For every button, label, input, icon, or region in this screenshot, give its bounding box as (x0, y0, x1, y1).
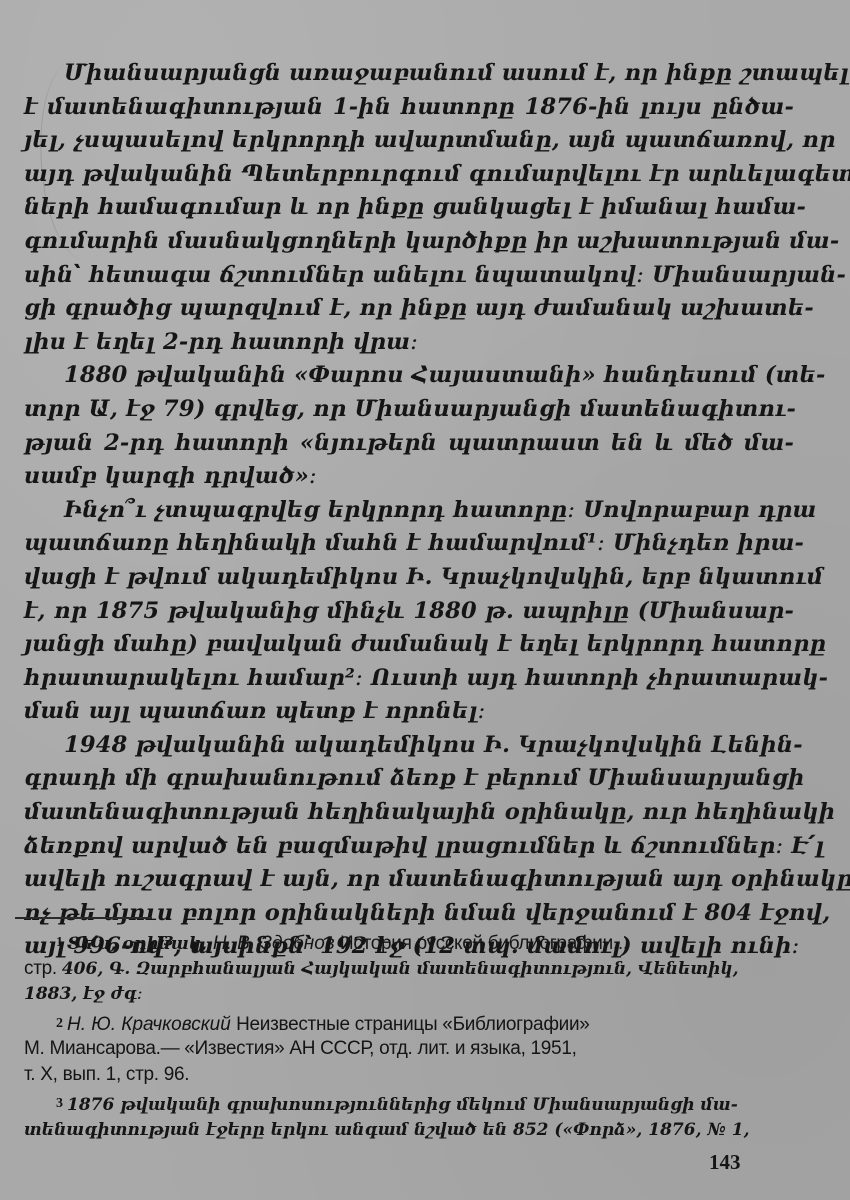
footnote-text: 1876 թվականի գրախոսություններից մեկում Մ… (67, 1095, 738, 1115)
main-body-text: Միանսարյանցն առաջաբանում ասում է, որ ինք… (24, 57, 794, 964)
body-line: պատճառը հեղինակի մահն է համարվում¹։ Մինչ… (24, 527, 794, 561)
footnote-3-line: տենագիտության էջերը երկու անգամ նշված են… (24, 1117, 776, 1143)
footnote-1-line: стр. 406, Գ. Զարբհանալյան Հայկական մատեն… (24, 956, 776, 982)
footnote-2-line: 2Н. Ю. Крачковский Неизвестные страницы … (24, 1011, 776, 1037)
body-line: 1880 թվականին «Փարոս Հայաստանի» հանդեսու… (24, 359, 794, 393)
footnote-number: 3 (56, 1096, 63, 1111)
footnote-2-line: т. X, вып. 1, стр. 96. (24, 1062, 776, 1088)
body-line: տրր Ա, էջ 79) գրվեց, որ Միանսարյանցի մատ… (24, 393, 794, 427)
footnote-2-line: М. Миансарова.— «Известия» АН СССР, отд.… (24, 1036, 776, 1062)
body-line: է մատենագիտության 1-ին հատորը 1876-ին լո… (24, 91, 794, 125)
footnote-text: Н. В. Здобнов (213, 933, 340, 954)
footnote-text: Неизвестные страницы «Библиографии» (236, 1014, 589, 1035)
body-line: ցի գրածից պարզվում է, որ ինքը այդ ժամանա… (24, 292, 794, 326)
body-line: ձեռքով արված են բազմաթիվ լրացումներ և ճշ… (24, 830, 794, 864)
body-line: 1948 թվականին ակադեմիկոս Ի. Կրաչկովսկին … (24, 729, 794, 763)
body-line: գրադի մի գրախանութում ձեռք է բերում Միան… (24, 762, 794, 796)
book-page: Միանսարյանցն առաջաբանում ասում է, որ ինք… (0, 0, 850, 1200)
footnote-text: 1883, էջ ժգ։ (24, 984, 143, 1004)
footnote-number: 1 (56, 935, 63, 950)
body-line: գումարին մասնակցողների կարծիքը իր աշխատո… (24, 225, 794, 259)
footnote-divider (15, 917, 152, 919)
body-line: ոչ թե մյուս բոլոր օրինակների նման վերջան… (24, 897, 794, 931)
footnotes: 1Տե՛ս, օրինակ, Н. В. Здобнов История рус… (24, 930, 776, 1142)
body-line: ների համագումար և որ ինքը ցանկացել է իմա… (24, 191, 794, 225)
footnote-3-line: 31876 թվականի գրախոսություններից մեկում … (24, 1091, 776, 1117)
body-line: հրատարակելու համար²։ Ուստի այդ հատորի չհ… (24, 662, 794, 696)
footnote-1-line: 1Տե՛ս, օրինակ, Н. В. Здобнов История рус… (24, 930, 776, 956)
footnote-text: տենագիտության էջերը երկու անգամ նշված են… (24, 1120, 750, 1140)
page-number: 143 (709, 1150, 741, 1175)
body-line: վացի է թվում ակադեմիկոս Ի. Կրաչկովսկին, … (24, 561, 794, 595)
footnote-text: т. X, вып. 1, стр. 96. (24, 1064, 189, 1085)
footnote-text: История русской библиографии... (340, 933, 628, 954)
footnote-text: Տե՛ս, օրինակ, (67, 934, 213, 954)
footnote-text: М. Миансарова.— «Известия» АН СССР, отд.… (24, 1038, 577, 1059)
body-line: մատենագիտության հեղինակային օրինակը, ուր… (24, 796, 794, 830)
body-line: սին՝ հետագա ճշտումներ անելու նպատակով։ Մ… (24, 259, 794, 293)
body-line: յանցի մահը) բավական ժամանակ է եղել երկրո… (24, 628, 794, 662)
footnote-text: Н. Ю. Крачковский (67, 1014, 236, 1035)
footnote-number: 2 (56, 1016, 63, 1031)
body-line: սամբ կարգի դրված»։ (24, 460, 794, 494)
footnote-text: 406, Գ. Զարբհանալյան Հայկական մատենագիտո… (62, 959, 739, 979)
footnote-text: стр. (24, 958, 62, 979)
body-line: լիս է եղել 2-րդ հատորի վրա։ (24, 326, 794, 360)
body-line: Միանսարյանցն առաջաբանում ասում է, որ ինք… (24, 57, 794, 91)
body-line: ման այլ պատճառ պետք է որոնել։ (24, 695, 794, 729)
body-line: թյան 2-րդ հատորի «նյութերն պատրաստ են և … (24, 427, 794, 461)
body-line: յել, չսպասելով երկրորդի ավարտմանը, այն պ… (24, 124, 794, 158)
body-line: է, որ 1875 թվականից մինչև 1880 թ. ապրիլը… (24, 595, 794, 629)
body-line: այդ թվականին Պետերբուրգում գումարվելու է… (24, 158, 794, 192)
body-line: Ինչո՞ւ չտպագրվեց երկրորդ հատորը։ Սովորաբ… (24, 494, 794, 528)
body-line: ավելի ուշագրավ է այն, որ մատենագիտության… (24, 863, 794, 897)
footnote-1-line: 1883, էջ ժգ։ (24, 981, 776, 1007)
